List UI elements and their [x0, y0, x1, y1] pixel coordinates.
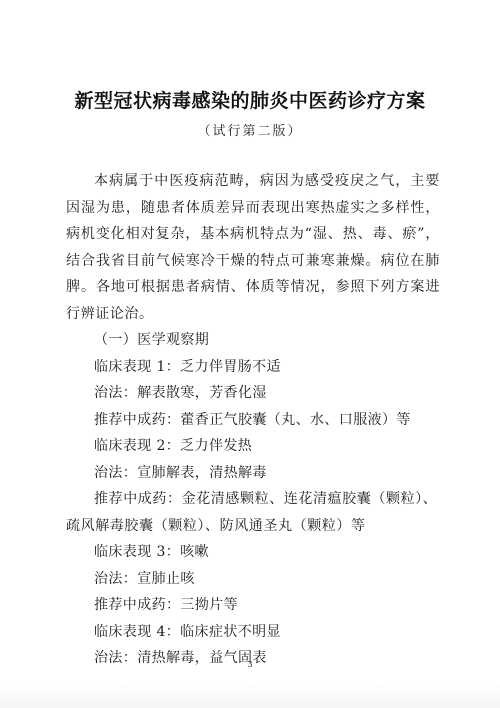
manifestation-4: 临床表现 4：临床症状不明显: [66, 619, 440, 646]
medicine-2: 推荐中成药：金花清感颗粒、连花清瘟胶囊（颗粒）、疏风解毒胶囊（颗粒）、防风通圣丸…: [66, 486, 440, 539]
document-title: 新型冠状病毒感染的肺炎中医药诊疗方案: [0, 86, 500, 113]
document-subtitle: （试行第二版）: [0, 120, 500, 139]
manifestation-2: 临床表现 2：乏力伴发热: [66, 433, 440, 460]
manifestation-1: 临床表现 1：乏力伴胃肠不适: [66, 354, 440, 381]
medicine-3: 推荐中成药：三拗片等: [66, 592, 440, 619]
document-page: 新型冠状病毒感染的肺炎中医药诊疗方案 （试行第二版） 本病属于中医疫病范畴，病因…: [0, 0, 500, 708]
document-body: 本病属于中医疫病范畴，病因为感受疫戾之气，主要因湿为患，随患者体质差异而表现出寒…: [66, 168, 440, 672]
treatment-1: 治法：解表散寒，芳香化湿: [66, 380, 440, 407]
page-number: 3: [0, 660, 500, 669]
section-heading: （一）医学观察期: [66, 327, 440, 354]
manifestation-3: 临床表现 3：咳嗽: [66, 539, 440, 566]
medicine-1: 推荐中成药：藿香正气胶囊（丸、水、口服液）等: [66, 407, 440, 434]
intro-paragraph: 本病属于中医疫病范畴，病因为感受疫戾之气，主要因湿为患，随患者体质差异而表现出寒…: [66, 168, 440, 327]
treatment-3: 治法：宣肺止咳: [66, 566, 440, 593]
treatment-2: 治法：宣肺解表，清热解毒: [66, 460, 440, 487]
